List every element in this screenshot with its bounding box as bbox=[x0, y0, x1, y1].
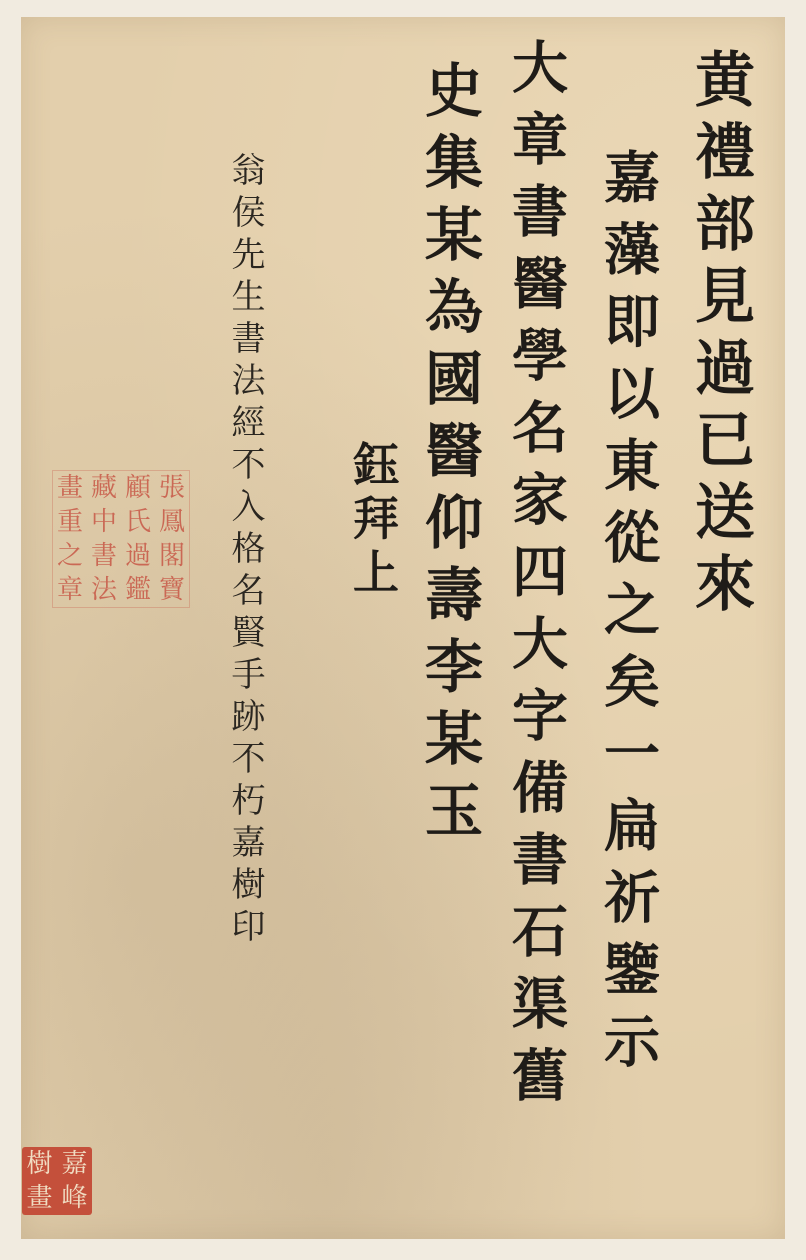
letter-column-4: 史集某為國醫仰壽李某玉 bbox=[420, 60, 478, 852]
letter-column-1: 黄禮部見過已送來 bbox=[690, 48, 750, 624]
seal-char: 畫 bbox=[53, 471, 87, 505]
seal-char: 章 bbox=[53, 573, 87, 607]
signature: 鈺拜上 bbox=[350, 440, 396, 602]
seal-char: 法 bbox=[87, 573, 121, 607]
seal-char: 之 bbox=[53, 539, 87, 573]
letter-column-2: 嘉藻即以東從之矣一扁祈鑒示 bbox=[600, 148, 656, 1084]
paper-leaf bbox=[21, 17, 785, 1239]
seal-char: 張 bbox=[155, 471, 189, 505]
seal-char: 書 bbox=[87, 539, 121, 573]
collector-seal-small: 嘉 峰 樹 畫 bbox=[22, 1147, 92, 1215]
collector-seal-large: 張 鳳 閣 寶 顧 氏 過 鑑 藏 中 書 法 畫 重 之 章 bbox=[52, 470, 190, 608]
seal-char: 樹 bbox=[22, 1147, 57, 1181]
seal-char: 過 bbox=[121, 539, 155, 573]
letter-column-3: 大章書醫學名家四大字備書石渠舊 bbox=[508, 38, 564, 1118]
seal-char: 畫 bbox=[22, 1181, 57, 1215]
seal-char: 氏 bbox=[121, 505, 155, 539]
seal-char: 峰 bbox=[57, 1181, 92, 1215]
seal-char: 藏 bbox=[87, 471, 121, 505]
seal-char: 中 bbox=[87, 505, 121, 539]
seal-char: 寶 bbox=[155, 573, 189, 607]
seal-char: 閣 bbox=[155, 539, 189, 573]
seal-char: 鳳 bbox=[155, 505, 189, 539]
seal-char: 嘉 bbox=[57, 1147, 92, 1181]
colophon-text: 翁侯先生書法經不入格名賢手跡不朽嘉樹印 bbox=[228, 152, 262, 950]
seal-char: 鑑 bbox=[121, 573, 155, 607]
seal-char: 重 bbox=[53, 505, 87, 539]
seal-char: 顧 bbox=[121, 471, 155, 505]
